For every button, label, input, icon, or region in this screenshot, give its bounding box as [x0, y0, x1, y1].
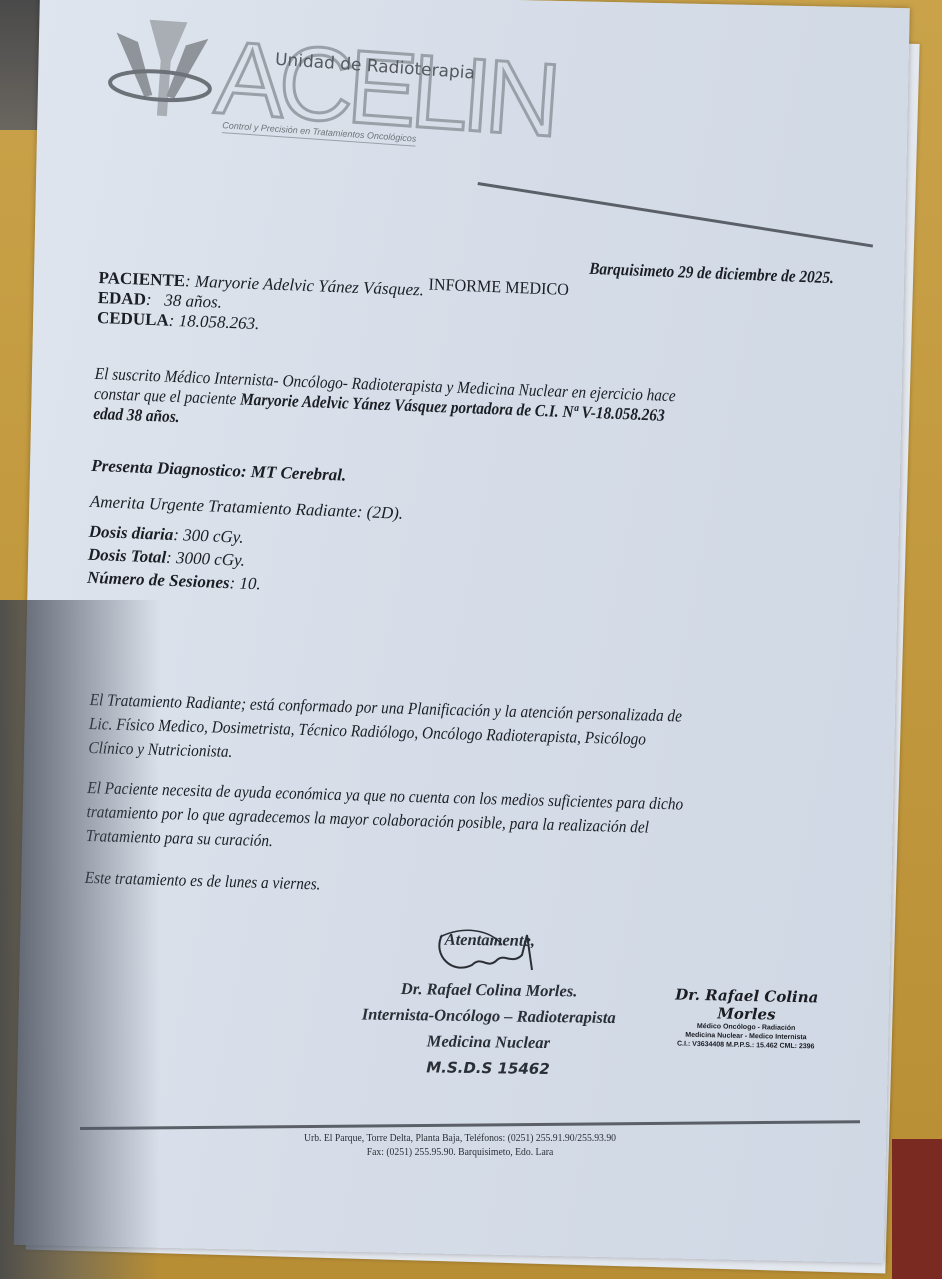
team-line-3: Clínico y Nutricionista. [88, 738, 233, 762]
sessions-value: 10. [239, 574, 261, 594]
sessions-label: Número de Sesiones [87, 568, 230, 592]
footer-line-2: Fax: (0251) 255.95.90. Barquisimeto, Edo… [231, 1145, 689, 1159]
footer-line-1: Urb. El Parque, Torre Delta, Planta Baja… [231, 1131, 689, 1145]
total-dose-label: Dosis Total [88, 545, 167, 567]
total-dose-value: 3000 cGy. [176, 548, 246, 570]
doctor-stamp: Dr. Rafael Colina Morles Médico Oncólogo… [651, 985, 842, 1052]
statement-line-3: edad 38 años. [93, 404, 180, 427]
letterhead-logo: ACELIN Unidad de Radioterapia Control y … [100, 12, 480, 187]
doctor-license: M.S.D.S 15462 [328, 1053, 648, 1083]
patient-name-label: PACIENTE [98, 268, 185, 290]
signature-block: Atentamente, Dr. Rafael Colina Morles. I… [328, 925, 650, 1083]
daily-dose-value: 300 cGy. [183, 525, 244, 546]
patient-age-label: EDAD [97, 288, 146, 309]
patient-id-label: CEDULA [97, 308, 169, 330]
patient-age: 38 años. [164, 291, 222, 312]
footer-address: Urb. El Parque, Torre Delta, Planta Baja… [231, 1131, 689, 1159]
daily-dose-label: Dosis diaria [88, 522, 173, 544]
stamp-name: Dr. Rafael Colina Morles [651, 985, 842, 1025]
radiotherapy-emblem-icon [102, 12, 219, 129]
background-surface-corner [892, 1139, 942, 1279]
doctor-specialty: Internista-Oncólogo – Radioterapista [329, 1001, 649, 1031]
patient-id: 18.058.263. [178, 311, 259, 333]
